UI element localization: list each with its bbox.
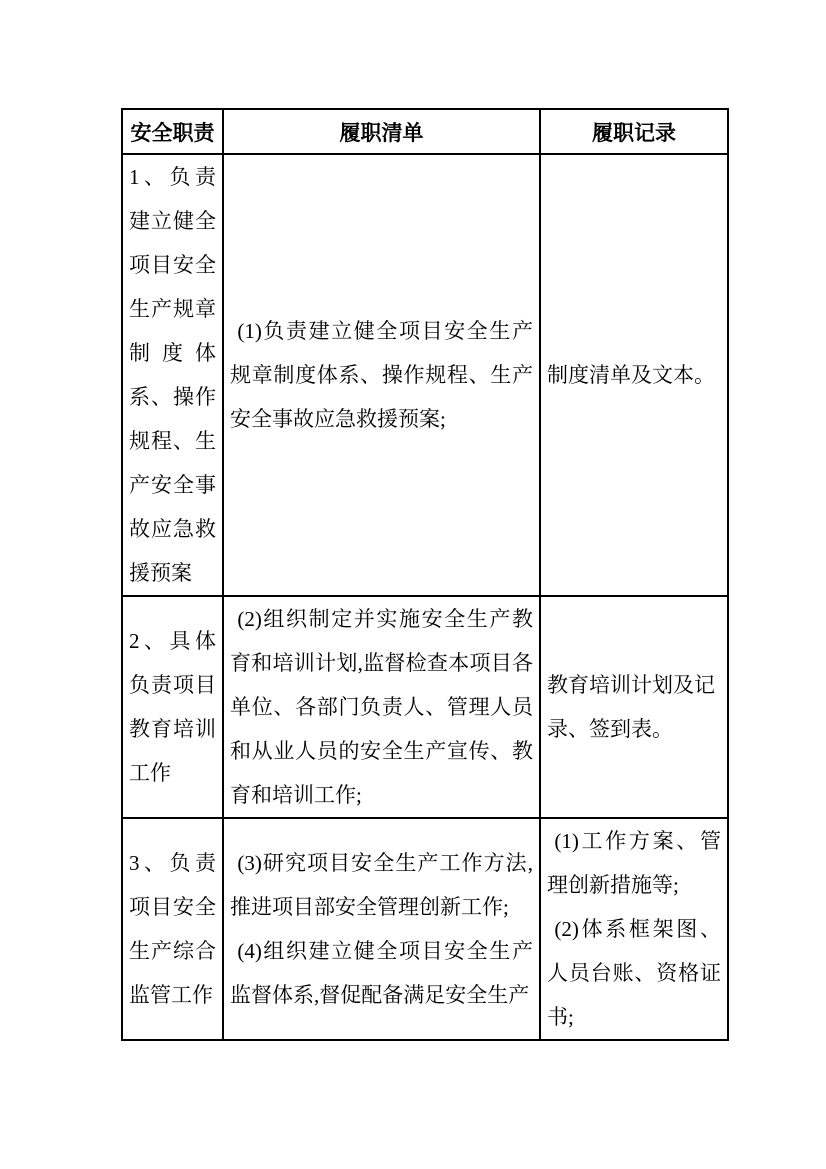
duty-cell: 1、负责建立健全项目安全生产规章制度体系、操作规程、生产安全事故应急救援预案 <box>122 154 223 596</box>
document-page: 安全职责 履职清单 履职记录 1、负责建立健全项目安全生产规章制度体系、操作规程… <box>0 0 826 1169</box>
record-item: (2)体系框架图、人员台账、资格证书; <box>547 907 721 1039</box>
checklist-cell: (2)组织制定并实施安全生产教育和培训计划,监督检查本项目各单位、各部门负责人、… <box>223 596 540 818</box>
checklist-item: (4)组织建立健全项目安全生产监督体系,督促配备满足安全生产 <box>230 929 533 1017</box>
checklist-cell: (1)负责建立健全项目安全生产规章制度体系、操作规程、生产安全事故应急救援预案; <box>223 154 540 596</box>
duty-cell: 2、具体负责项目教育培训工作 <box>122 596 223 818</box>
table-row: 3、负责项目安全生产综合监管工作 (3)研究项目安全生产工作方法,推进项目部安全… <box>122 818 728 1040</box>
checklist-item: (1)负责建立健全项目安全生产规章制度体系、操作规程、生产安全事故应急救援预案; <box>230 309 533 441</box>
column-header-safety-duty: 安全职责 <box>122 109 223 154</box>
table-row: 2、具体负责项目教育培训工作 (2)组织制定并实施安全生产教育和培训计划,监督检… <box>122 596 728 818</box>
table-row: 1、负责建立健全项目安全生产规章制度体系、操作规程、生产安全事故应急救援预案 (… <box>122 154 728 596</box>
safety-duty-table: 安全职责 履职清单 履职记录 1、负责建立健全项目安全生产规章制度体系、操作规程… <box>121 108 729 1041</box>
record-cell: (1)工作方案、管理创新措施等; (2)体系框架图、人员台账、资格证书; <box>540 818 728 1040</box>
record-item: (1)工作方案、管理创新措施等; <box>547 819 721 907</box>
checklist-item: (3)研究项目安全生产工作方法,推进项目部安全管理创新工作; <box>230 841 533 929</box>
duty-cell: 3、负责项目安全生产综合监管工作 <box>122 818 223 1040</box>
record-item: 制度清单及文本。 <box>547 353 721 397</box>
checklist-cell: (3)研究项目安全生产工作方法,推进项目部安全管理创新工作; (4)组织建立健全… <box>223 818 540 1040</box>
checklist-item: (2)组织制定并实施安全生产教育和培训计划,监督检查本项目各单位、各部门负责人、… <box>230 597 533 817</box>
record-item: 教育培训计划及记录、签到表。 <box>547 663 721 751</box>
column-header-duty-record: 履职记录 <box>540 109 728 154</box>
table-header-row: 安全职责 履职清单 履职记录 <box>122 109 728 154</box>
record-cell: 教育培训计划及记录、签到表。 <box>540 596 728 818</box>
record-cell: 制度清单及文本。 <box>540 154 728 596</box>
column-header-duty-checklist: 履职清单 <box>223 109 540 154</box>
